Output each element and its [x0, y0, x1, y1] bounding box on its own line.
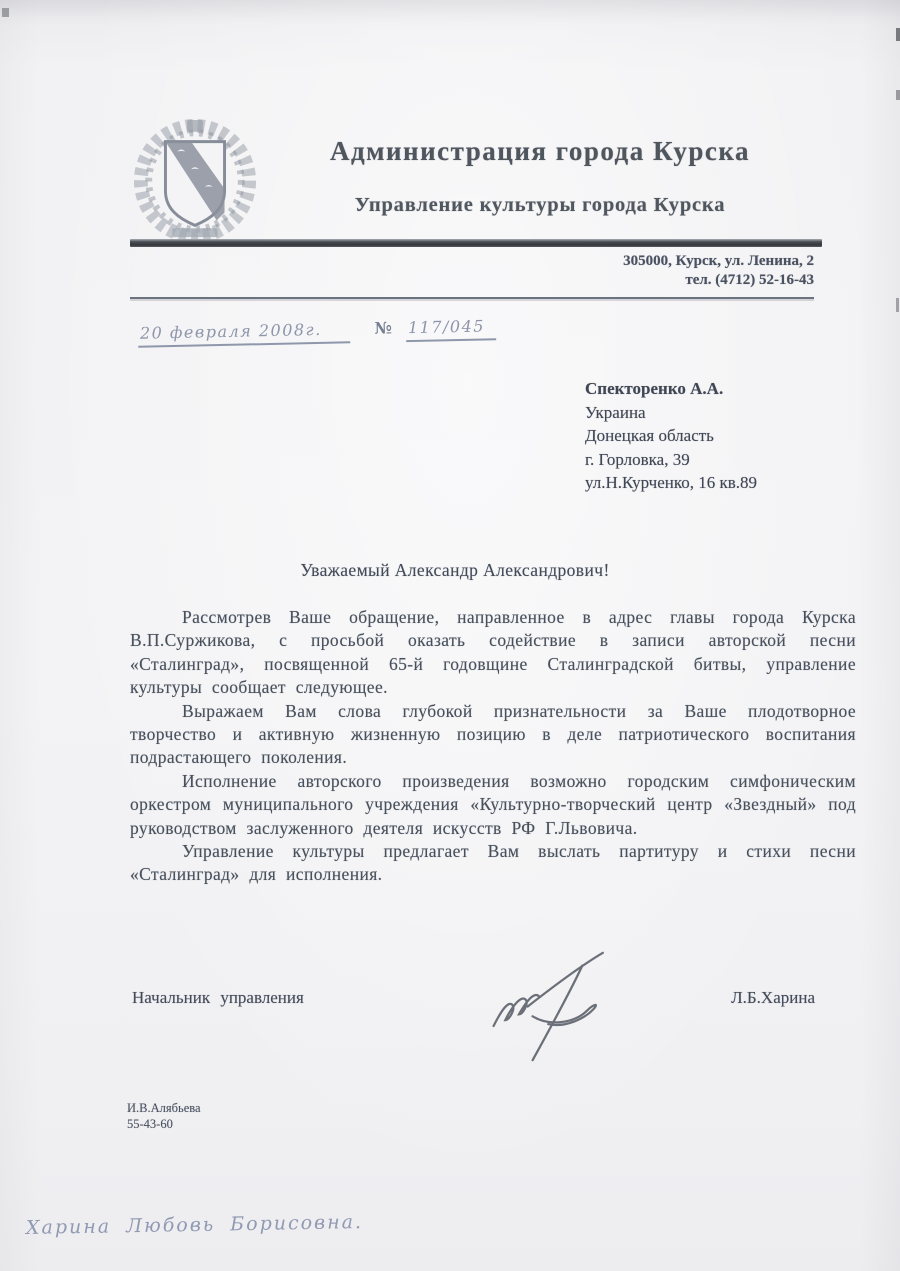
divider-bar — [130, 239, 822, 247]
body-paragraph: Исполнение авторского произведения возмо… — [130, 770, 856, 840]
recipient-address-line: г. Горловка, 39 — [585, 448, 757, 472]
executor-name: И.В.Алябьева — [127, 1100, 201, 1116]
letter-body: Рассмотрев Ваше обращение, направленное … — [130, 606, 856, 887]
executor-phone: 55-43-60 — [127, 1116, 201, 1132]
numero-sign: № — [374, 318, 393, 337]
handwritten-date: 20 февраля 2008г. — [138, 319, 350, 347]
handwritten-number: 117/045 — [406, 316, 496, 342]
body-paragraph: Управление культуры предлагает Вам высла… — [130, 840, 856, 887]
dept-title: Управление культуры города Курска — [260, 194, 820, 217]
recipient-block: Спекторенко А.А. Украина Донецкая област… — [585, 377, 757, 495]
handwritten-note: Харина Любовь Борисовна. — [26, 1211, 363, 1239]
body-paragraph: Рассмотрев Ваше обращение, направленное … — [130, 606, 856, 700]
scan-artifact — [896, 28, 900, 41]
recipient-name: Спекторенко А.А. — [585, 377, 757, 401]
divider-rule — [130, 297, 814, 299]
signer-name: Л.Б.Харина — [731, 988, 815, 1008]
recipient-address-line: Украина — [585, 401, 757, 425]
executor-block: И.В.Алябьева 55-43-60 — [127, 1100, 201, 1132]
salutation: Уважаемый Александр Александрович! — [130, 560, 780, 581]
scan-artifact — [896, 298, 899, 312]
scanned-letter-page: Администрация города Курска Управление к… — [0, 0, 900, 1271]
letterhead-address: 305000, Курск, ул. Ленина, 2 тел. (4712)… — [623, 252, 814, 290]
scan-artifact — [2, 8, 9, 17]
kursk-coat-of-arms-icon — [126, 118, 264, 246]
postal-address: 305000, Курск, ул. Ленина, 2 — [623, 252, 814, 271]
reference-line: 20 февраля 2008г. № 117/045 — [138, 316, 497, 347]
org-title: Администрация города Курска — [260, 136, 820, 167]
signer-title: Начальник управления — [132, 988, 304, 1008]
recipient-address-line: Донецкая область — [585, 424, 757, 448]
recipient-address-line: ул.Н.Курченко, 16 кв.89 — [585, 471, 757, 495]
handwritten-signature-icon — [482, 946, 632, 1068]
phone-line: тел. (4712) 52-16-43 — [623, 271, 814, 290]
body-paragraph: Выражаем Вам слова глубокой признательно… — [130, 700, 856, 770]
scan-artifact — [896, 90, 900, 100]
